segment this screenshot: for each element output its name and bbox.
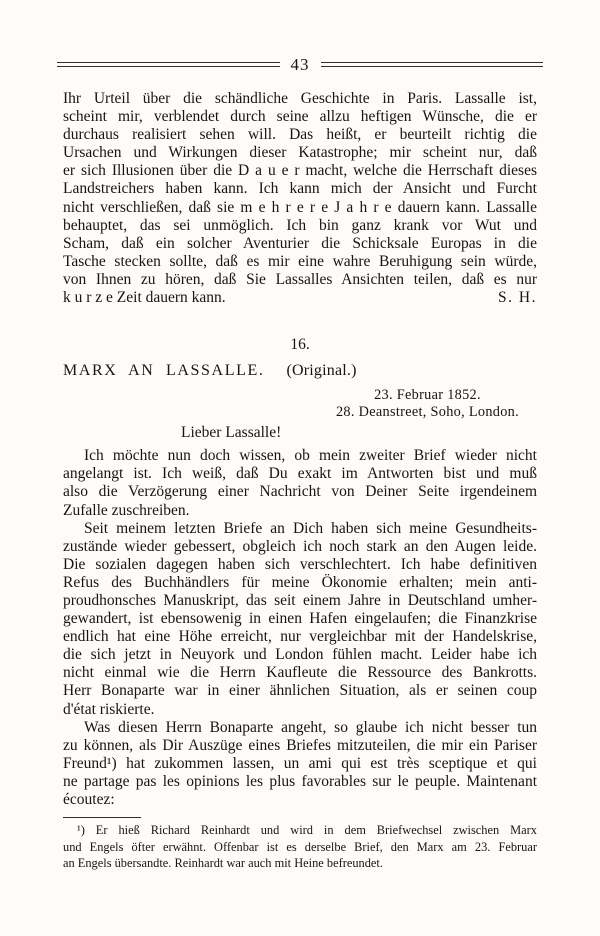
letter-dateline-wrap: 23. Februar 1852. 28. Deanstreet, Soho, … — [63, 387, 537, 421]
intro-last-line: k u r z e Zeit dauern kann. — [63, 289, 226, 307]
text-line: Zufalle zuschreiben. — [63, 502, 537, 520]
text-line: Die sozialen dagegen haben sich verschle… — [63, 556, 537, 574]
letter-date: 23. Februar 1852. — [336, 387, 519, 404]
text-line: Seit meinem letzten Briefe an Dich haben… — [63, 520, 537, 538]
text-line: die sich jetzt in Neuyork und London füh… — [63, 646, 537, 664]
signature: S. H. — [498, 289, 537, 307]
letter-paragraph-1: Ich möchte nun doch wissen, ob mein zwei… — [63, 447, 537, 519]
letter-dateline: 23. Februar 1852. 28. Deanstreet, Soho, … — [336, 387, 519, 420]
text-line: an Engels übersandte. Reinhardt war auch… — [63, 855, 537, 871]
text-line: nicht verschließen, daß sie m e h r e r … — [63, 199, 537, 217]
footnote-separator — [63, 817, 141, 818]
text-line: also die Verzögerung einer Nachricht von… — [63, 483, 537, 501]
text-line: Herr Bonaparte war in einer ähnlichen Si… — [63, 682, 537, 700]
text-line: Ursachen und Wirkungen dieser Katastroph… — [63, 144, 537, 162]
letter-paragraph-3: Was diesen Herrn Bonaparte angeht, so gl… — [63, 719, 537, 809]
text-line: Tasche stecken sollte, daß es mir eine w… — [63, 253, 537, 271]
section-title: MARX AN LASSALLE. — [63, 362, 264, 379]
text-line: zu können, als Dir Auszüge eines Briefes… — [63, 737, 537, 755]
page-content: Ihr Urteil über die schändliche Geschich… — [0, 90, 600, 871]
header-rule-left — [57, 62, 280, 67]
text-line: Ich möchte nun doch wissen, ob mein zwei… — [63, 447, 537, 465]
text-line: durchaus realisiert sehen will. Das heiß… — [63, 126, 537, 144]
footnote: ¹) Er hieß Richard Reinhardt und wird in… — [63, 822, 537, 871]
book-page: 43 Ihr Urteil über die schändliche Gesch… — [0, 0, 600, 936]
text-line: ne partage pas les opinions les plus fav… — [63, 773, 537, 791]
text-line: zustände wieder gebessert, obgleich ich … — [63, 538, 537, 556]
text-line: angelangt ist. Ich weiß, daß Du exakt im… — [63, 465, 537, 483]
letter-paragraph-2: Seit meinem letzten Briefe an Dich haben… — [63, 520, 537, 719]
signature-line: k u r z e Zeit dauern kann. S. H. — [63, 289, 537, 307]
text-line: endlich hat eine Höhe erreicht, nur verg… — [63, 628, 537, 646]
text-line: er sich Illusionen über die D a u e r ma… — [63, 162, 537, 180]
text-line: scheint mir, verblendet durch seine allz… — [63, 108, 537, 126]
text-line: Refus des Buchhändlers für meine Ökonomi… — [63, 574, 537, 592]
text-line: und Engels öfter erwähnt. Offenbar ist e… — [63, 839, 537, 855]
text-line: von Ihnen zu hören, daß Sie Lassalles An… — [63, 271, 537, 289]
text-line: d'état riskierte. — [63, 701, 537, 719]
page-header: 43 — [0, 0, 600, 73]
intro-paragraph: Ihr Urteil über die schändliche Geschich… — [63, 90, 537, 289]
salutation: Lieber Lassalle! — [63, 424, 537, 443]
text-line: proudhonsches Manuskript, das seit einem… — [63, 592, 537, 610]
text-line: écoutez: — [63, 791, 537, 809]
text-line: Landstreichers haben kann. Ich kann mich… — [63, 180, 537, 198]
text-line: Freund¹) hat zukommen lassen, un ami qui… — [63, 755, 537, 773]
text-line: behauptet, das sei unmöglich. Ich bin ga… — [63, 217, 537, 235]
text-line: Was diesen Herrn Bonaparte angeht, so gl… — [63, 719, 537, 737]
section-number: 16. — [63, 336, 537, 354]
page-number: 43 — [291, 56, 310, 73]
text-line: ¹) Er hieß Richard Reinhardt und wird in… — [63, 822, 537, 838]
text-line: nicht einmal wie die Herrn Kaufleute die… — [63, 664, 537, 682]
text-line: Ihr Urteil über die schändliche Geschich… — [63, 90, 537, 108]
text-line: gewandert, ist ebensowenig in einen Hafe… — [63, 610, 537, 628]
section-subtitle: (Original.) — [286, 362, 356, 379]
header-rule-right — [321, 62, 544, 67]
section-heading: MARX AN LASSALLE.(Original.) — [63, 361, 537, 380]
text-line: Scham, daß ein solcher Aventurier die Sc… — [63, 235, 537, 253]
letter-address: 28. Deanstreet, Soho, London. — [336, 404, 519, 421]
